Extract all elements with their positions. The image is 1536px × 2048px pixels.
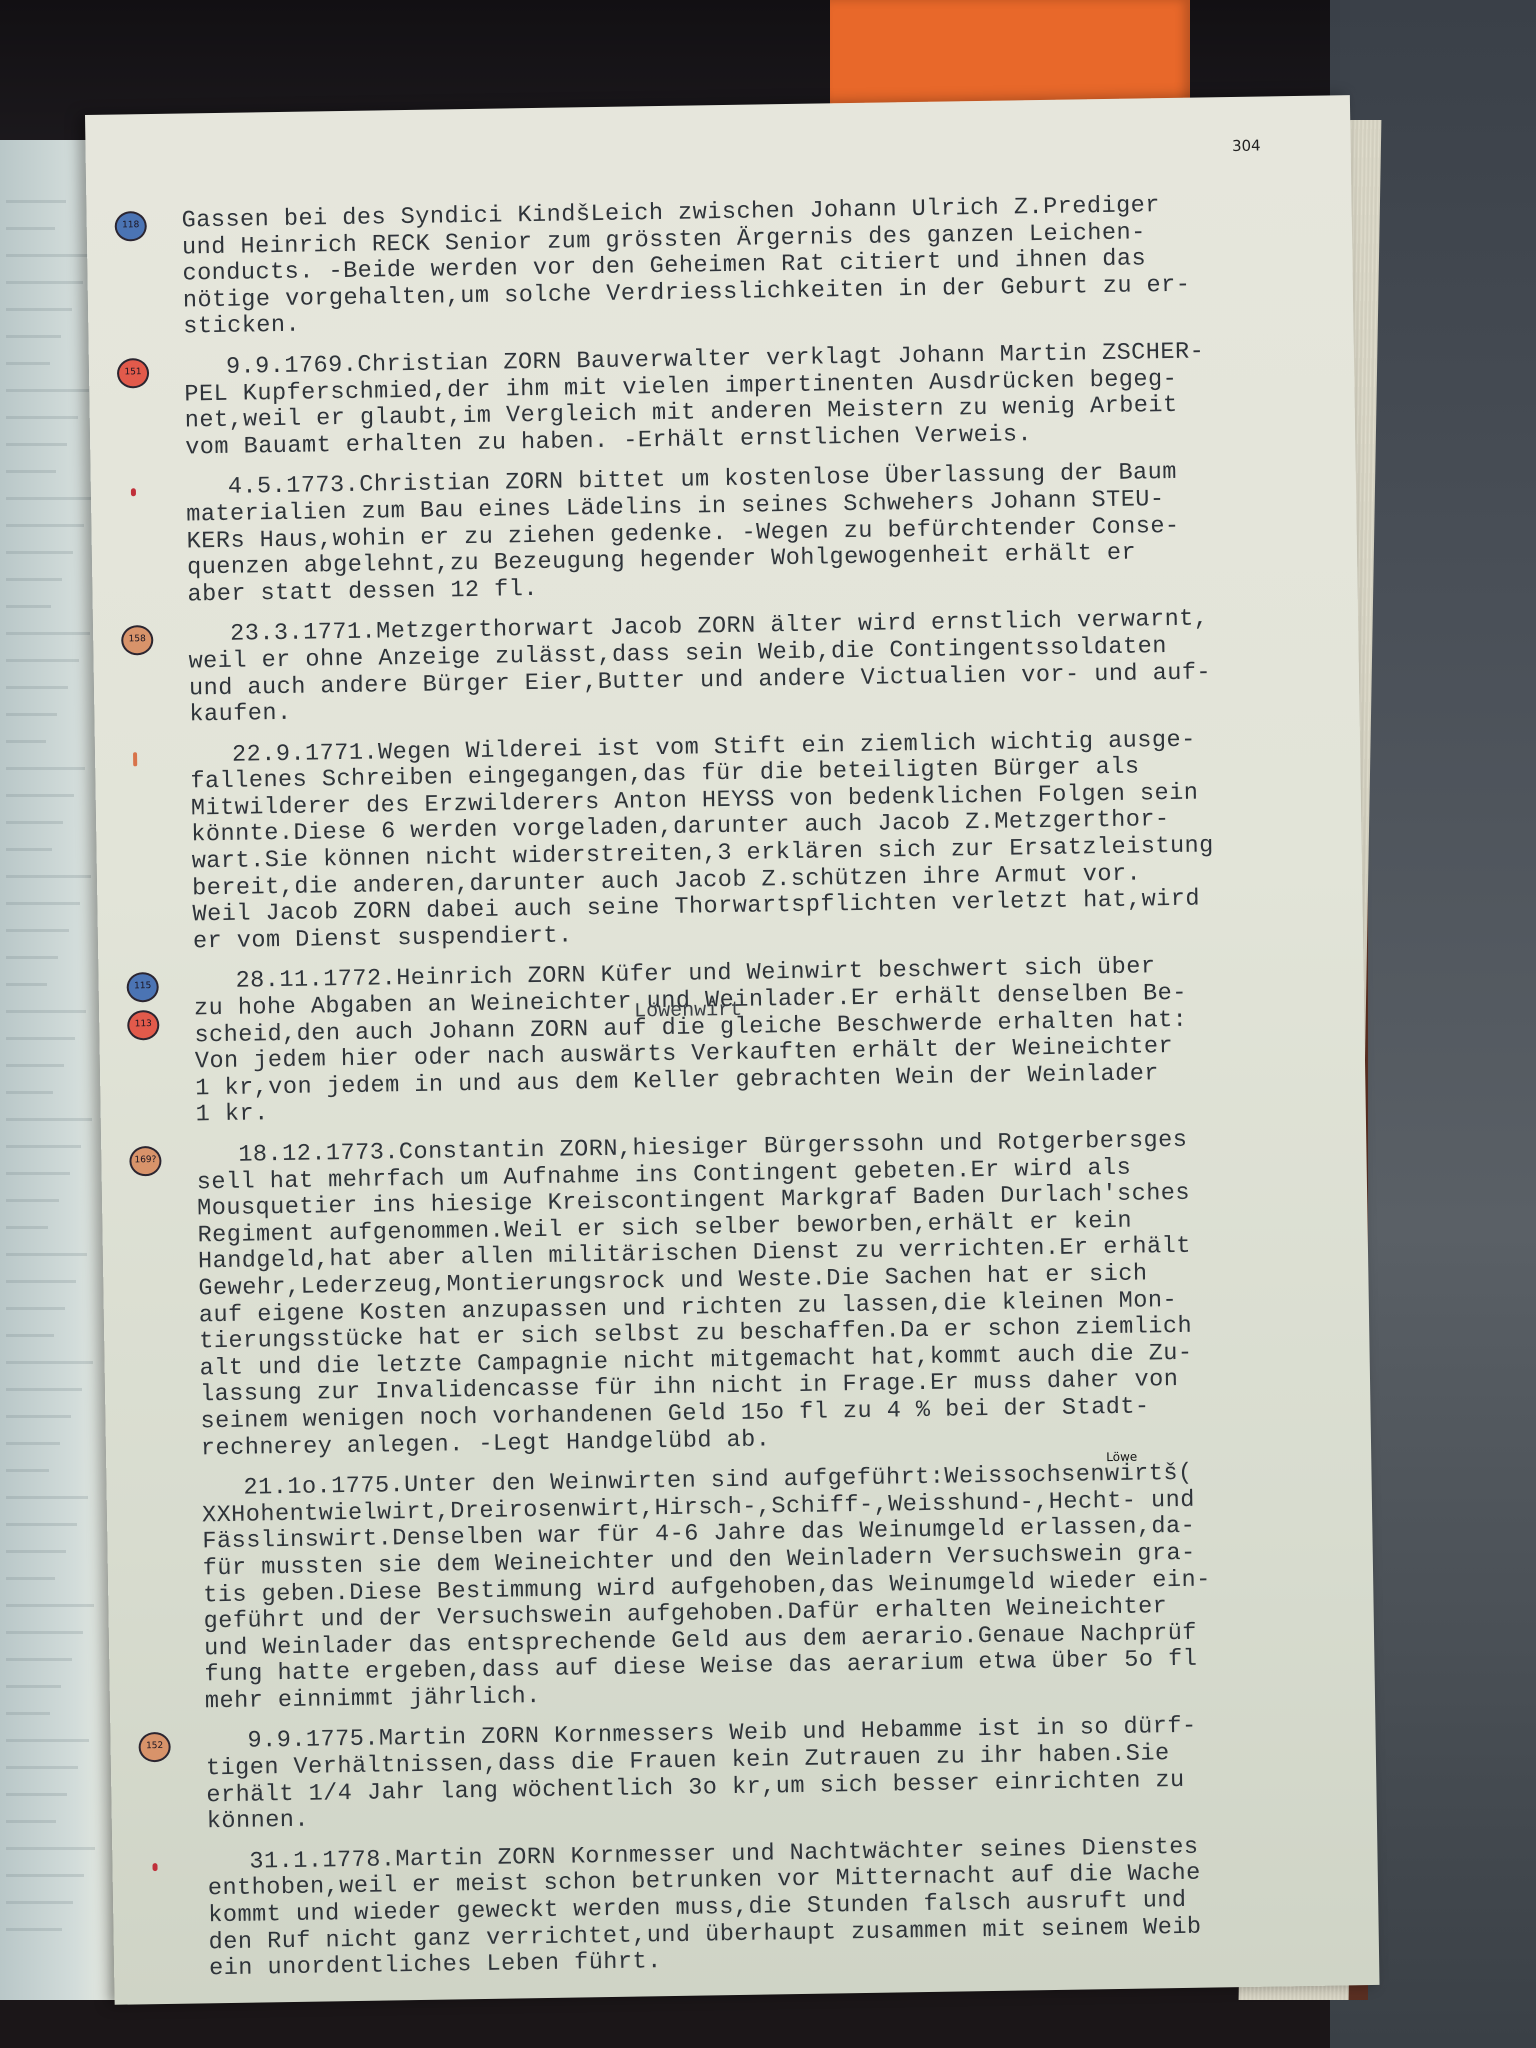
- margin-dot-mark: [131, 488, 136, 496]
- show-through-text: [6, 1118, 92, 1121]
- show-through-text: [6, 443, 67, 446]
- show-through-text: [6, 1280, 76, 1283]
- show-through-text: [6, 1307, 65, 1310]
- show-through-text: [6, 1172, 70, 1175]
- show-through-text: [6, 605, 51, 608]
- document-entry: 18.12.1773.Constantin ZORN,hiesiger Bürg…: [196, 1125, 1341, 1462]
- show-through-text: [6, 335, 61, 338]
- show-through-text: [6, 1145, 81, 1148]
- show-through-text: [6, 1820, 56, 1823]
- show-through-text: [6, 497, 95, 500]
- show-through-text: [6, 1631, 83, 1634]
- show-through-text: [6, 1091, 53, 1094]
- show-through-text: [6, 632, 90, 635]
- show-through-text: [6, 1847, 95, 1850]
- show-through-text: [6, 1442, 60, 1445]
- margin-circle-marker: 169?: [129, 1146, 161, 1176]
- show-through-text: [6, 1658, 72, 1661]
- show-through-text: [6, 686, 68, 689]
- show-through-text: [6, 416, 78, 419]
- show-through-text: [6, 1064, 64, 1067]
- document-entry: 21.1o.1775.Unter den Weinwirten sind auf…: [201, 1459, 1345, 1716]
- margin-circle-marker: 151: [117, 358, 149, 388]
- page-number: 304: [1232, 137, 1261, 155]
- show-through-text: [6, 1037, 75, 1040]
- page-content: Gassen bei des Syndici KindšLeich zwisch…: [181, 191, 1349, 1997]
- show-through-text: [6, 1361, 93, 1364]
- show-through-text: [6, 470, 56, 473]
- show-through-text: [6, 1739, 89, 1742]
- handwritten-annotation: Löwenwirt: [634, 999, 742, 1024]
- show-through-text: [6, 1550, 66, 1553]
- margin-circle-marker: 118: [115, 211, 147, 241]
- show-through-text: [6, 1334, 54, 1337]
- margin-tick-mark: [133, 752, 137, 766]
- show-through-text: [6, 1415, 71, 1418]
- show-through-text: [6, 1010, 86, 1013]
- margin-circle-marker: 158: [121, 625, 153, 655]
- show-through-text: [6, 1712, 50, 1715]
- show-through-text: [6, 254, 94, 257]
- margin-dot-mark: [152, 1863, 157, 1871]
- show-through-text: [6, 983, 47, 986]
- show-through-text: [6, 740, 46, 743]
- show-through-text: [6, 1253, 87, 1256]
- show-through-text: [6, 227, 55, 230]
- show-through-text: [6, 659, 79, 662]
- show-through-text: [6, 821, 63, 824]
- document-entry: Gassen bei des Syndici KindšLeich zwisch…: [181, 191, 1323, 342]
- show-through-text: [6, 524, 84, 527]
- show-through-text: [6, 578, 62, 581]
- show-through-text: [6, 1523, 77, 1526]
- show-through-text: [6, 1604, 94, 1607]
- show-through-text: [6, 956, 58, 959]
- typewritten-page: 304 Gassen bei des Syndici KindšLeich zw…: [85, 95, 1380, 2005]
- show-through-text: [6, 281, 83, 284]
- show-through-text: [6, 1874, 84, 1877]
- handwritten-annotation: Löwe: [1106, 1450, 1137, 1464]
- show-through-text: [6, 1496, 88, 1499]
- show-through-text: [6, 767, 85, 770]
- margin-circle-marker: 113: [127, 1010, 159, 1040]
- document-entry: 23.3.1771.Metzgerthorwart Jacob ZORN ält…: [188, 605, 1330, 729]
- show-through-text: [6, 200, 66, 203]
- show-through-text: [6, 1901, 73, 1904]
- show-through-text: [6, 308, 72, 311]
- margin-circle-marker: 115: [126, 972, 158, 1002]
- show-through-text: [6, 1766, 78, 1769]
- document-entry: 9.9.1775.Martin ZORN Kornmessers Weib un…: [205, 1712, 1347, 1836]
- show-through-text: [6, 1928, 62, 1931]
- show-through-text: [6, 1199, 59, 1202]
- show-through-text: [6, 848, 52, 851]
- show-through-text: [6, 1793, 67, 1796]
- show-through-text: [6, 1388, 82, 1391]
- show-through-text: [6, 794, 74, 797]
- show-through-text: [6, 551, 73, 554]
- margin-circle-marker: 152: [138, 1732, 170, 1762]
- show-through-text: [6, 929, 69, 932]
- document-entry: 31.1.1778.Martin ZORN Kornmesser und Nac…: [207, 1832, 1349, 1983]
- show-through-text: [6, 713, 57, 716]
- document-entry: 22.9.1771.Wegen Wilderei ist vom Stift e…: [190, 725, 1333, 956]
- show-through-text: [6, 1685, 61, 1688]
- document-entry: 28.11.1772.Heinrich ZORN Küfer und Weinw…: [193, 952, 1335, 1129]
- document-entry: 4.5.1773.Christian ZORN bittet um kosten…: [186, 458, 1328, 609]
- show-through-text: [6, 875, 91, 878]
- show-through-text: [6, 1469, 49, 1472]
- show-through-text: [6, 362, 50, 365]
- show-through-text: [6, 902, 80, 905]
- document-entry: 9.9.1769.Christian ZORN Bauverwalter ver…: [184, 338, 1326, 462]
- show-through-text: [6, 389, 89, 392]
- show-through-text: [6, 1577, 55, 1580]
- show-through-text: [6, 1226, 48, 1229]
